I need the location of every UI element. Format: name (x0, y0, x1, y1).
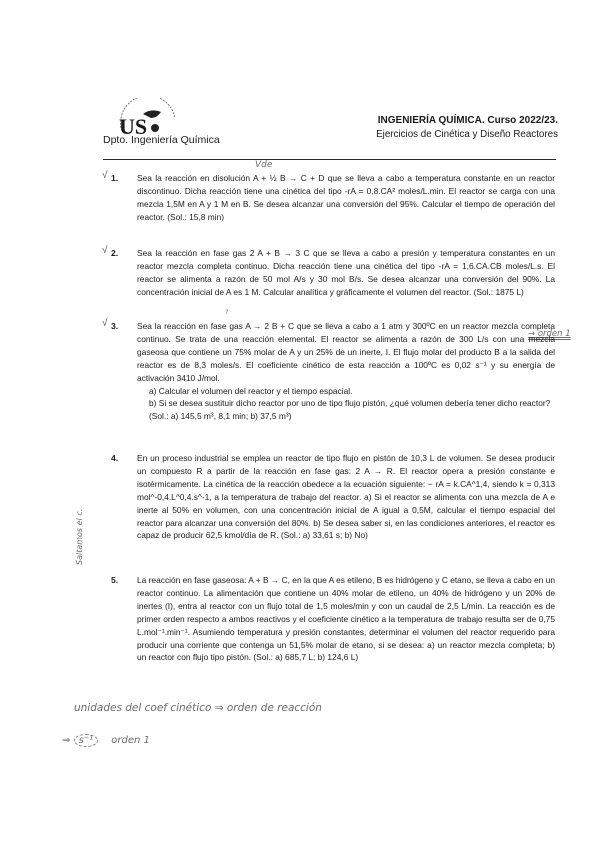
handwritten-bottom-line-2: ⇒ s⁻¹ orden 1 (62, 734, 150, 747)
checkmark-icon: √ (102, 245, 108, 258)
problem-3: √ 3. Sea la reacción en fase gas A → 2 B… (113, 320, 555, 423)
checkmark-icon: √ (102, 170, 108, 183)
problem-2: √ 2. Sea la reacción en fase gas 2 A + B… (113, 247, 555, 299)
problem-text: Sea la reacción en fase gas A → 2 B + C … (137, 320, 555, 385)
problem-part-a: a) Calcular el volumen del reactor y el … (149, 385, 555, 398)
problem-text: Sea la reacción en disolución A + ½ B → … (137, 172, 555, 224)
handwritten-bottom-line-1: unidades del coef cinético ⇒ orden de re… (74, 702, 322, 714)
problem-text: En un proceso industrial se emplea un re… (137, 452, 555, 542)
problem-number: 2. (111, 247, 118, 260)
handwritten-note-vde: Vde (255, 160, 272, 170)
problem-number: 4. (111, 452, 118, 465)
checkmark-icon: √ (102, 318, 108, 331)
problem-number: 5. (111, 574, 118, 587)
handwritten-note-question: ? (225, 309, 228, 316)
document-subtitle: Ejercicios de Cinética y Diseño Reactore… (300, 129, 558, 140)
header-divider (103, 159, 556, 160)
problem-solution: (Sol.: a) 145,5 m³, 8,1 min; b) 37,5 m³) (149, 410, 555, 423)
problem-5: 5. La reacción en fase gaseosa: A + B → … (113, 574, 555, 664)
problem-text: Sea la reacción en fase gas 2 A + B → 3 … (137, 247, 555, 299)
department-name: Dpto. Ingeniería Química (103, 134, 220, 146)
handwritten-margin-note: Saltamos el c. (75, 509, 84, 565)
problem-number: 1. (111, 172, 118, 185)
handwritten-order-note: orden 1 (111, 735, 150, 746)
course-title: INGENIERÍA QUÍMICA. Curso 2022/23. (330, 115, 558, 126)
problem-4: 4. En un proceso industrial se emplea un… (113, 452, 555, 542)
problem-part-b: b) Si se desea sustituir dicho reactor p… (149, 397, 555, 410)
problem-text: La reacción en fase gaseosa: A + B → C, … (137, 574, 555, 664)
handwritten-circled-unit: s⁻¹ (74, 734, 99, 747)
problem-1: √ 1. Sea la reacción en disolución A + ½… (113, 172, 555, 224)
problem-number: 3. (111, 320, 118, 333)
